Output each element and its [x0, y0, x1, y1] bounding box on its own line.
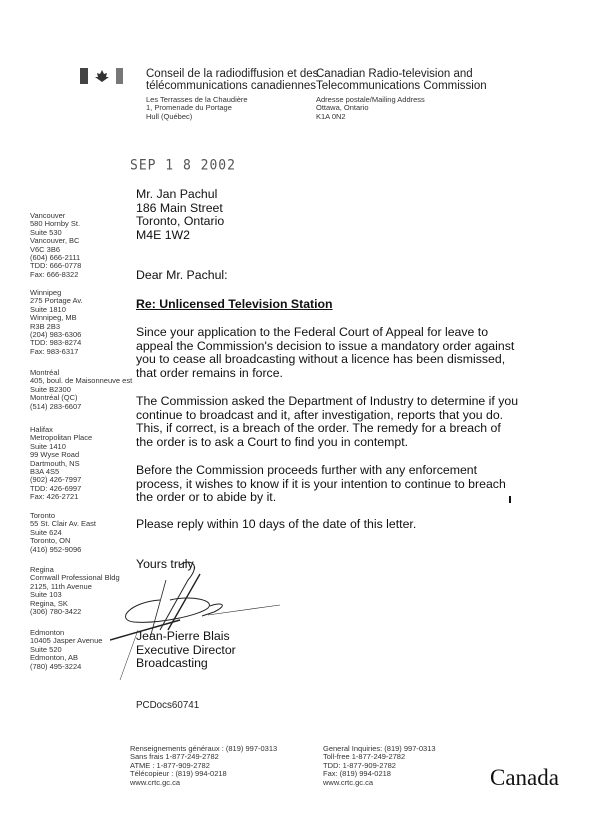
office-toronto: Toronto 55 St. Clair Av. East Suite 624 …	[30, 512, 130, 554]
footer-website-fr[interactable]: www.crtc.gc.ca	[130, 779, 277, 787]
document-reference: PCDocs60741	[136, 700, 199, 711]
date-stamp: SEP 1 8 2002	[130, 157, 236, 174]
office-montreal: Montréal 405, boul. de Maisonneuve est S…	[30, 369, 130, 411]
office-winnipeg: Winnipeg 275 Portage Av. Suite 1810 Winn…	[30, 289, 130, 356]
salutation: Dear Mr. Pachul:	[136, 269, 228, 283]
paragraph-4: Please reply within 10 days of the date …	[136, 518, 596, 532]
footer-english-contacts: General Inquiries: (819) 997-0313 Toll-f…	[323, 745, 436, 787]
paragraph-3: Before the Commission proceeds further w…	[136, 464, 596, 505]
office-halifax: Halifax Metropolitan Place Suite 1410 99…	[30, 426, 130, 502]
canada-wordmark: Canada	[490, 765, 559, 791]
subject-line: Re: Unlicensed Television Station	[136, 298, 333, 312]
office-vancouver: Vancouver 580 Hornby St. Suite 530 Vanco…	[30, 212, 130, 279]
footer-website-en[interactable]: www.crtc.gc.ca	[323, 779, 436, 787]
canada-flag-icon	[80, 68, 124, 84]
office-edmonton: Edmonton 10405 Jasper Avenue Suite 520 E…	[30, 629, 130, 671]
stray-mark	[509, 496, 511, 503]
recipient-address: Mr. Jan Pachul 186 Main Street Toronto, …	[136, 188, 224, 242]
french-agency-name: Conseil de la radiodiffusion et des télé…	[146, 68, 318, 92]
footer-french-contacts: Renseignements généraux : (819) 997-0313…	[130, 745, 277, 787]
paragraph-1: Since your application to the Federal Co…	[136, 326, 596, 380]
english-agency-name: Canadian Radio-television and Telecommun…	[316, 68, 487, 92]
mailing-address: Adresse postale/Mailing Address Ottawa, …	[316, 96, 425, 121]
signatory-block: Jean-Pierre Blais Executive Director Bro…	[136, 630, 236, 671]
office-regina: Regina Cornwall Professional Bldg 2125, …	[30, 566, 130, 616]
french-address: Les Terrasses de la Chaudière 1, Promena…	[146, 96, 248, 121]
paragraph-2: The Commission asked the Department of I…	[136, 395, 596, 449]
